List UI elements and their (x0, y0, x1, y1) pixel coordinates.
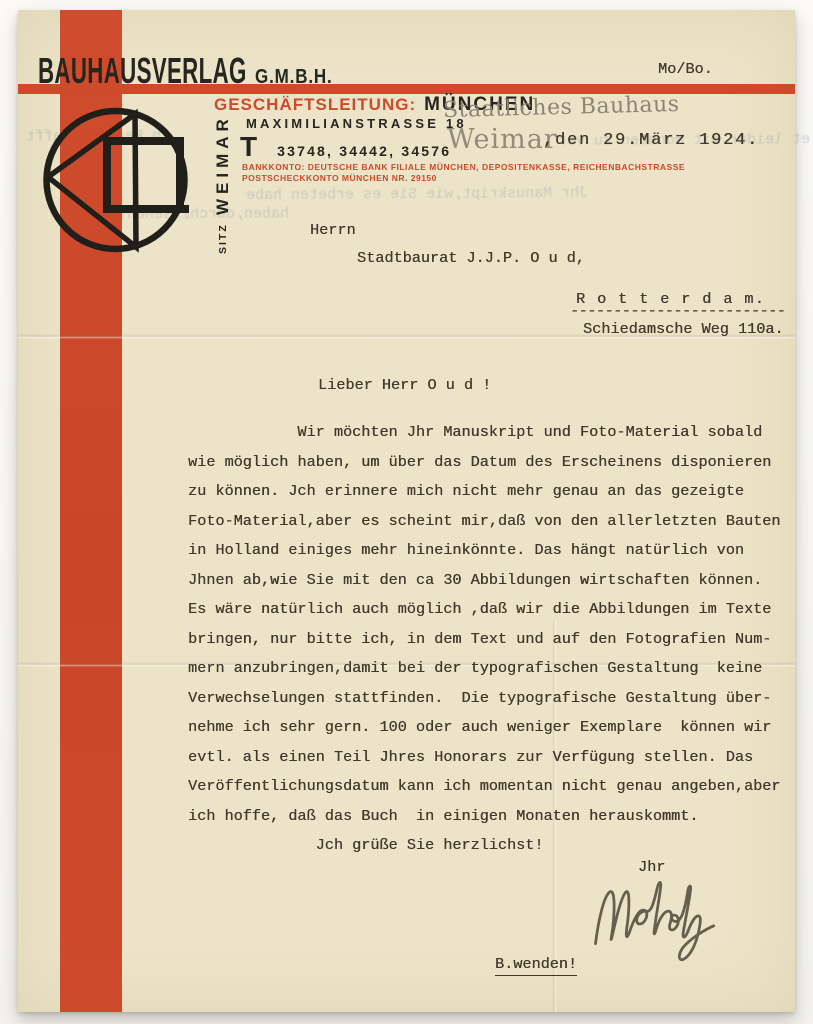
sitz-city: WEIMAR (213, 114, 233, 215)
recipient-salutation: Herrn (310, 221, 356, 239)
body-line: zu können. Jch erinnere mich nicht mehr … (188, 477, 808, 507)
body-line: Wir möchten Jhr Manuskript und Foto-Mate… (188, 418, 808, 448)
letter-salutation: Lieber Herr O u d ! (318, 376, 491, 394)
bank-line-1: BANKKONTO: DEUTSCHE BANK FILIALE MÜNCHEN… (242, 162, 685, 173)
body-line: ich hoffe, daß das Buch in einigen Monat… (188, 802, 808, 832)
body-line: Veröffentlichungsdatum kann ich momentan… (188, 772, 808, 802)
reference-mark: Mo/Bo. (658, 60, 713, 78)
typed-date: ,den 29.März 1924. (543, 131, 759, 150)
bleedthrough-text: Jhr Manuskript,wie Sie es erbeten habe (246, 185, 588, 204)
body-line: nehme ich sehr gern. 100 oder auch wenig… (188, 713, 808, 743)
body-line: Jch grüße Sie herzlichst! (188, 831, 808, 861)
bauhaus-stamp-line2: Weimar (447, 124, 558, 155)
body-line: evtl. als einen Teil Jhres Honorars zur … (188, 743, 808, 773)
body-line: Foto-Material,aber es scheint mir,daß vo… (188, 507, 808, 537)
body-line: wie möglich haben, um über das Datum des… (188, 448, 808, 478)
bauhausverlag-logo (43, 106, 193, 256)
bauhaus-stamp-line1: Staatliches Bauhaus (443, 92, 680, 123)
body-line: Verwechselungen stattfinden. Die typogra… (188, 684, 808, 714)
recipient-city-underline: ------------------------- (570, 302, 785, 320)
scan-background: et leider mit Monaten zu ver Jhr Manuskr… (0, 0, 813, 1024)
phone-line: T 33748, 34442, 34576 (240, 131, 451, 163)
management-label: GESCHÄFTSLEITUNG: (214, 95, 416, 115)
body-line: Jhnen ab,wie Sie mit den ca 30 Abbildung… (188, 566, 808, 596)
moholy-signature (586, 874, 760, 968)
turn-over-note: B.wenden! (495, 955, 577, 976)
recipient-name: Stadtbaurat J.J.P. O u d, (357, 249, 585, 267)
telephone-symbol: T (240, 131, 257, 163)
masthead: BAUHAUSVERLAG G.M.B.H. (38, 50, 346, 92)
letter-paper: et leider mit Monaten zu ver Jhr Manuskr… (18, 10, 795, 1012)
company-suffix: G.M.B.H. (255, 66, 333, 89)
body-line: in Holland einiges mehr hineinkönnte. Da… (188, 536, 808, 566)
bank-details: BANKKONTO: DEUTSCHE BANK FILIALE MÜNCHEN… (242, 162, 685, 184)
logo-square (107, 141, 180, 209)
body-line: bringen, nur bitte ich, in dem Text und … (188, 625, 808, 655)
body-line: Es wäre natürlich auch möglich ,daß wir … (188, 595, 808, 625)
signoff-jhr: Jhr (638, 858, 665, 876)
sitz-label: SITZ (217, 223, 229, 254)
phone-numbers: 33748, 34442, 34576 (277, 143, 451, 159)
bank-line-2: POSTSCHECKKONTO MÜNCHEN NR. 29150 (242, 173, 685, 184)
street-address: MAXIMILIANSTRASSE 18 (246, 116, 467, 131)
body-line: mern anzubringen,damit bei der typografi… (188, 654, 808, 684)
recipient-street: Schiedamsche Weg 110a. (583, 320, 784, 338)
company-name: BAUHAUSVERLAG (38, 50, 247, 92)
sitz-weimar-vertical: SITZ WEIMAR (213, 102, 233, 254)
letter-body: Wir möchten Jhr Manuskript und Foto-Mate… (188, 418, 808, 861)
